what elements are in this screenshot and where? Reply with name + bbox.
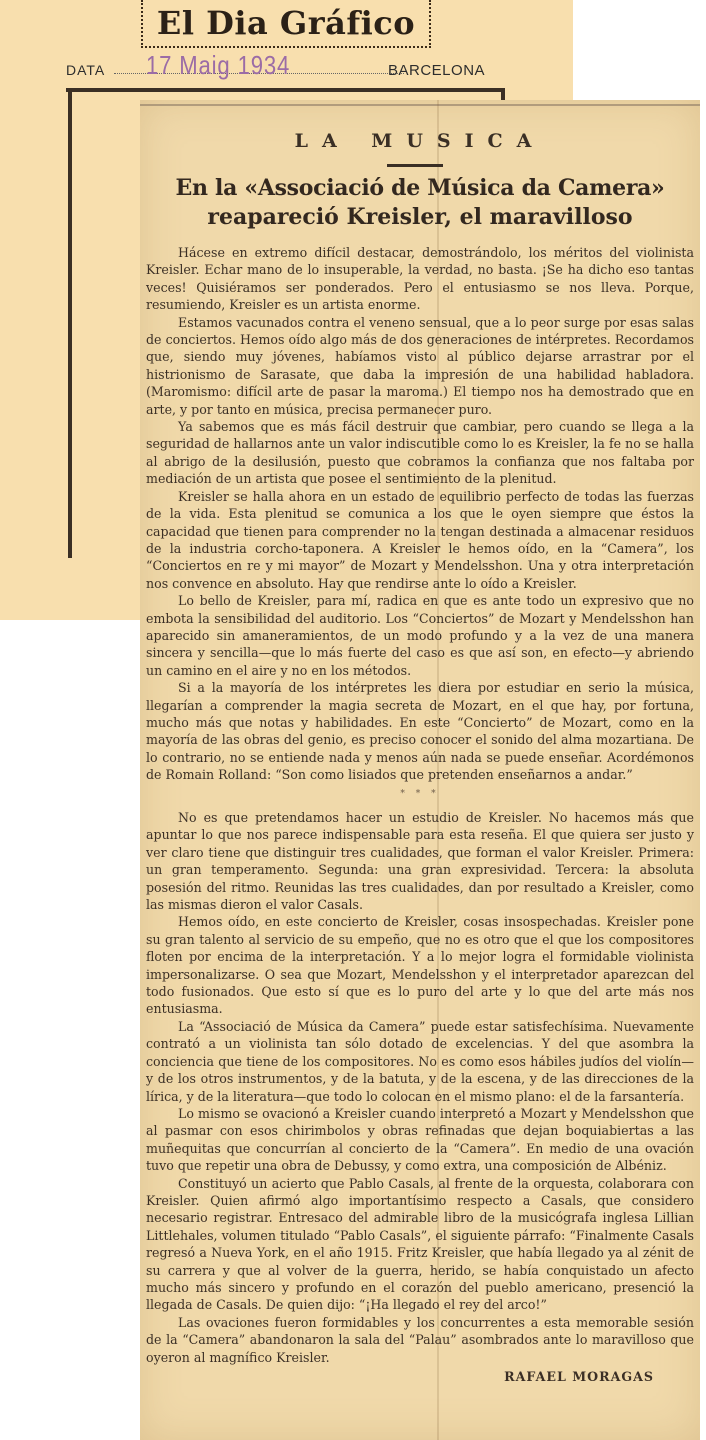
article-headline: En la «Associació de Música da Camera» r… <box>144 174 696 232</box>
section-separator: * * * <box>146 786 694 803</box>
headline-line-2: reapareció Kreisler, el maravilloso <box>144 203 696 232</box>
paragraph: Lo bello de Kreisler, para mí, radica en… <box>146 592 694 679</box>
city-label: BARCELONA <box>388 62 485 79</box>
paragraph: Ya sabemos que es más fácil destruir que… <box>146 418 694 488</box>
date-row: DATA 17 Maig 1934 BARCELONA <box>66 56 506 82</box>
section-divider <box>387 164 443 167</box>
paragraph: Constituyó un acierto que Pablo Casals, … <box>146 1175 694 1314</box>
date-stamp: 17 Maig 1934 <box>146 50 290 81</box>
card-border-top <box>66 88 504 92</box>
newspaper-masthead: El Dia Gráfico <box>141 0 431 48</box>
newspaper-clipping: LA MUSICA En la «Associació de Música da… <box>140 100 700 1440</box>
section-title: LA MUSICA <box>140 130 700 152</box>
author-byline: RAFAEL MORAGAS <box>146 1368 694 1385</box>
paragraph: Hácese en extremo difícil destacar, demo… <box>146 244 694 314</box>
paragraph: Estamos vacunados contra el veneno sensu… <box>146 314 694 418</box>
headline-line-1: En la «Associació de Música da Camera» <box>144 174 696 203</box>
paragraph: Kreisler se halla ahora en un estado de … <box>146 488 694 592</box>
paragraph: Las ovaciones fueron formidables y los c… <box>146 1314 694 1366</box>
paragraph: Lo mismo se ovacionó a Kreisler cuando i… <box>146 1105 694 1175</box>
paragraph: Hemos oído, en este concierto de Kreisle… <box>146 913 694 1017</box>
card-border-left <box>68 88 72 558</box>
date-label: DATA <box>66 62 105 78</box>
paragraph: No es que pretendamos hacer un estudio d… <box>146 809 694 913</box>
paragraph: Si a la mayoría de los intérpretes les d… <box>146 679 694 783</box>
article-body: Hácese en extremo difícil destacar, demo… <box>146 244 694 1385</box>
paragraph: La “Associació de Música da Camera” pued… <box>146 1018 694 1105</box>
